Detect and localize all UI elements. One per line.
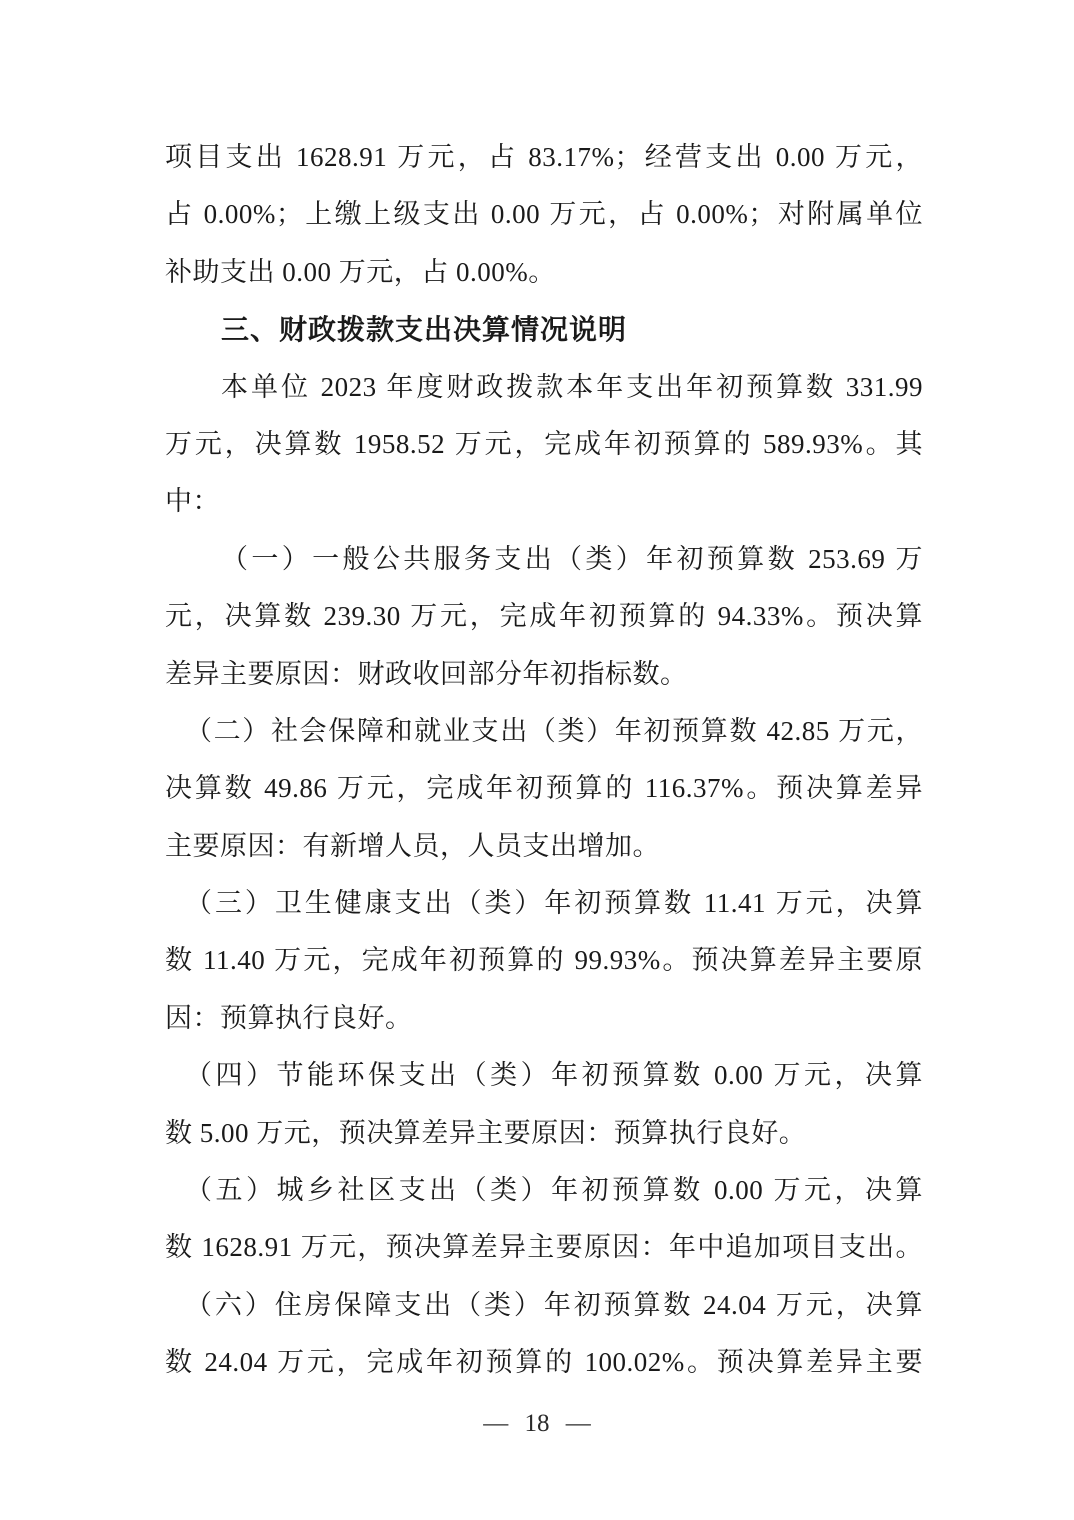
- document-body: 项目支出 1628.91 万元，占 83.17%；经营支出 0.00 万元，占 …: [165, 129, 923, 1392]
- paragraph-overview-line-3: 中：: [165, 473, 923, 530]
- paragraph-overview-line-2: 万元，决算数 1958.52 万元，完成年初预算的 589.93%。其: [165, 416, 923, 473]
- paragraph-item-2-line-3: 主要原因：有新增人员，人员支出增加。: [165, 818, 923, 875]
- paragraph-item-6: （六）住房保障支出（类）年初预算数 24.04 万元，决算数 24.04 万元，…: [165, 1277, 923, 1392]
- paragraph-item-2-line-2: 决算数 49.86 万元，完成年初预算的 116.37%。预决算差异: [165, 760, 923, 817]
- paragraph-item-6-line-2: 数 24.04 万元，完成年初预算的 100.02%。预决算差异主要: [165, 1334, 923, 1391]
- paragraph-item-1-line-1: （一）一般公共服务支出（类）年初预算数 253.69 万: [165, 531, 923, 588]
- paragraph-item-3-line-1: （三）卫生健康支出（类）年初预算数 11.41 万元，决算: [165, 875, 923, 932]
- paragraph-overview-line-1: 本单位 2023 年度财政拨款本年支出年初预算数 331.99: [165, 359, 923, 416]
- paragraph-item-2: （二）社会保障和就业支出（类）年初预算数 42.85 万元，决算数 49.86 …: [165, 703, 923, 875]
- paragraph-item-1-line-2: 元，决算数 239.30 万元，完成年初预算的 94.33%。预决算: [165, 588, 923, 645]
- paragraph-continuation-line-3: 补助支出 0.00 万元，占 0.00%。: [165, 244, 923, 301]
- paragraph-continuation: 项目支出 1628.91 万元，占 83.17%；经营支出 0.00 万元，占 …: [165, 129, 923, 301]
- paragraph-continuation-line-2: 占 0.00%；上缴上级支出 0.00 万元，占 0.00%；对附属单位: [165, 186, 923, 243]
- paragraph-continuation-line-1: 项目支出 1628.91 万元，占 83.17%；经营支出 0.00 万元，: [165, 129, 923, 186]
- section-heading: 三、财政拨款支出决算情况说明: [165, 301, 923, 358]
- paragraph-item-5-line-2: 数 1628.91 万元，预决算差异主要原因：年中追加项目支出。: [165, 1219, 923, 1276]
- paragraph-item-6-line-1: （六）住房保障支出（类）年初预算数 24.04 万元，决算: [165, 1277, 923, 1334]
- page-footer: — 18 —: [0, 1406, 1074, 1442]
- paragraph-item-4-line-1: （四）节能环保支出（类）年初预算数 0.00 万元，决算: [165, 1047, 923, 1104]
- paragraph-item-4-line-2: 数 5.00 万元，预决算差异主要原因：预算执行良好。: [165, 1105, 923, 1162]
- paragraph-item-3: （三）卫生健康支出（类）年初预算数 11.41 万元，决算数 11.40 万元，…: [165, 875, 923, 1047]
- paragraph-item-2-line-1: （二）社会保障和就业支出（类）年初预算数 42.85 万元，: [165, 703, 923, 760]
- paragraph-overview: 本单位 2023 年度财政拨款本年支出年初预算数 331.99万元，决算数 19…: [165, 359, 923, 531]
- paragraph-item-5: （五）城乡社区支出（类）年初预算数 0.00 万元，决算数 1628.91 万元…: [165, 1162, 923, 1277]
- document-page: 项目支出 1628.91 万元，占 83.17%；经营支出 0.00 万元，占 …: [0, 0, 1074, 1520]
- paragraph-item-4: （四）节能环保支出（类）年初预算数 0.00 万元，决算数 5.00 万元，预决…: [165, 1047, 923, 1162]
- paragraph-item-1: （一）一般公共服务支出（类）年初预算数 253.69 万元，决算数 239.30…: [165, 531, 923, 703]
- paragraph-item-1-line-3: 差异主要原因：财政收回部分年初指标数。: [165, 646, 923, 703]
- page-number: — 18 —: [483, 1410, 591, 1437]
- paragraph-item-3-line-2: 数 11.40 万元，完成年初预算的 99.93%。预决算差异主要原: [165, 932, 923, 989]
- paragraph-item-3-line-3: 因：预算执行良好。: [165, 990, 923, 1047]
- paragraph-item-5-line-1: （五）城乡社区支出（类）年初预算数 0.00 万元，决算: [165, 1162, 923, 1219]
- section-heading-line-1: 三、财政拨款支出决算情况说明: [165, 301, 923, 358]
